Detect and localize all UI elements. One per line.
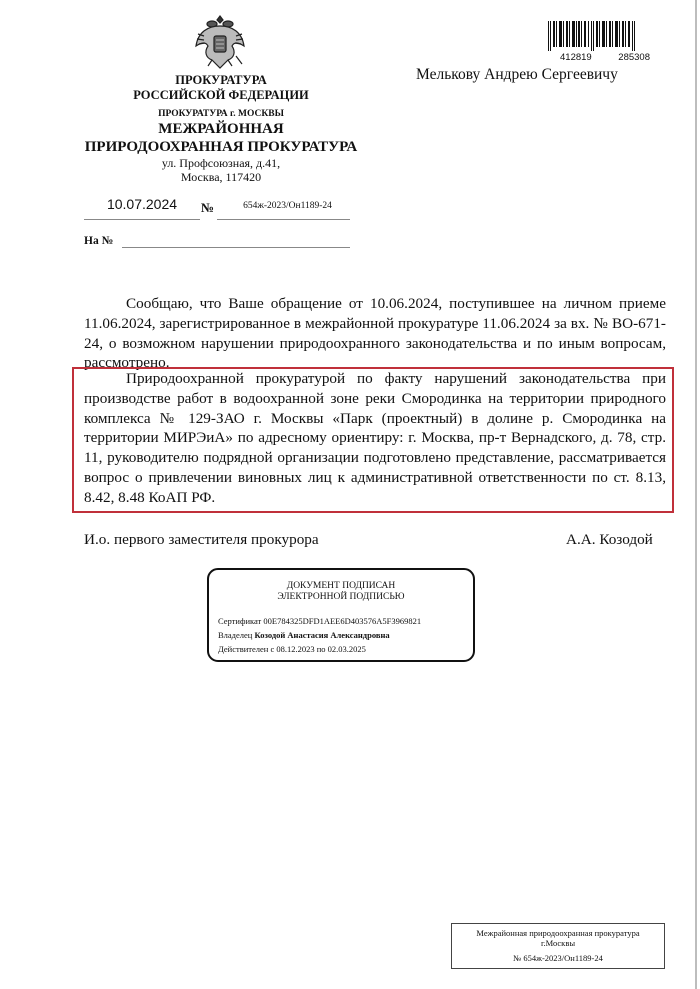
reg-stamp-org: Межрайонная природоохранная прокуратура (452, 928, 664, 938)
page-edge-rule (695, 0, 697, 989)
esig-title-2: ЭЛЕКТРОННОЙ ПОДПИСЬЮ (209, 592, 473, 603)
outgoing-number: 654ж-2023/Он1189-24 (225, 201, 350, 211)
esig-owner-label: Владелец (218, 630, 252, 640)
barcode-digits: 412819 285308 (560, 52, 650, 63)
number-underline (217, 219, 350, 220)
org-line-interdistrict: МЕЖРАЙОННАЯ (62, 120, 380, 138)
org-line-russian-federation: РОССИЙСКОЙ ФЕДЕРАЦИИ (62, 88, 380, 102)
signer-name: А.А. Козодой (566, 531, 653, 549)
registration-stamp: Межрайонная природоохранная прокуратура … (451, 923, 665, 969)
org-line-prosecutor: ПРОКУРАТУРА (62, 73, 380, 87)
paragraph-1-text: Сообщаю, что Ваше обращение от 10.06.202… (84, 294, 666, 373)
esig-title-1: ДОКУМЕНТ ПОДПИСАН (209, 581, 473, 592)
barcode-icon (548, 21, 636, 51)
org-line-environmental: ПРИРОДООХРАННАЯ ПРОКУРАТУРА (62, 138, 380, 156)
esig-owner-row: Владелец Козодой Анастасия Александровна (218, 630, 390, 640)
reg-stamp-number: № 654ж-2023/Он1189-24 (452, 953, 664, 963)
reply-to-label: На № (84, 235, 113, 247)
reg-stamp-city: г.Москвы (452, 938, 664, 948)
number-sign: № (201, 200, 214, 216)
date-underline (84, 219, 200, 220)
esig-owner-value: Козодой Анастасия Александровна (254, 630, 389, 640)
esig-cert-value: 00E784325DFD1AEE6D403576A5F3969821 (263, 616, 421, 626)
esig-certificate-row: Сертификат 00E784325DFD1AEE6D403576A5F39… (218, 616, 421, 626)
org-address-street: ул. Профсоюзная, д.41, (62, 156, 380, 171)
esig-valid-to-label: по (317, 644, 326, 654)
electronic-signature-stamp: ДОКУМЕНТ ПОДПИСАН ЭЛЕКТРОННОЙ ПОДПИСЬЮ С… (207, 568, 475, 662)
coat-of-arms-icon (190, 12, 250, 72)
body-paragraph-2: Природоохранной прокуратурой по факту на… (84, 369, 666, 508)
org-address-city: Москва, 117420 (62, 170, 380, 185)
barcode-left-digits: 412819 (560, 52, 592, 63)
outgoing-date: 10.07.2024 (84, 196, 200, 212)
esig-cert-label: Сертификат (218, 616, 261, 626)
signer-role: И.о. первого заместителя прокурора (84, 531, 319, 549)
body-paragraph-1: Сообщаю, что Ваше обращение от 10.06.202… (84, 294, 666, 373)
esig-validity-row: Действителен с 08.12.2023 по 02.03.2025 (218, 644, 366, 654)
reply-to-underline (122, 247, 350, 248)
paragraph-2-text: Природоохранной прокуратурой по факту на… (84, 369, 666, 508)
esig-valid-from: 08.12.2023 (276, 644, 314, 654)
barcode-right-digits: 285308 (618, 52, 650, 63)
recipient-name: Мелькову Андрею Сергеевичу (416, 66, 618, 84)
esig-valid-label: Действителен с (218, 644, 274, 654)
esig-valid-to: 02.03.2025 (328, 644, 366, 654)
org-line-moscow: ПРОКУРАТУРА г. МОСКВЫ (62, 108, 380, 120)
